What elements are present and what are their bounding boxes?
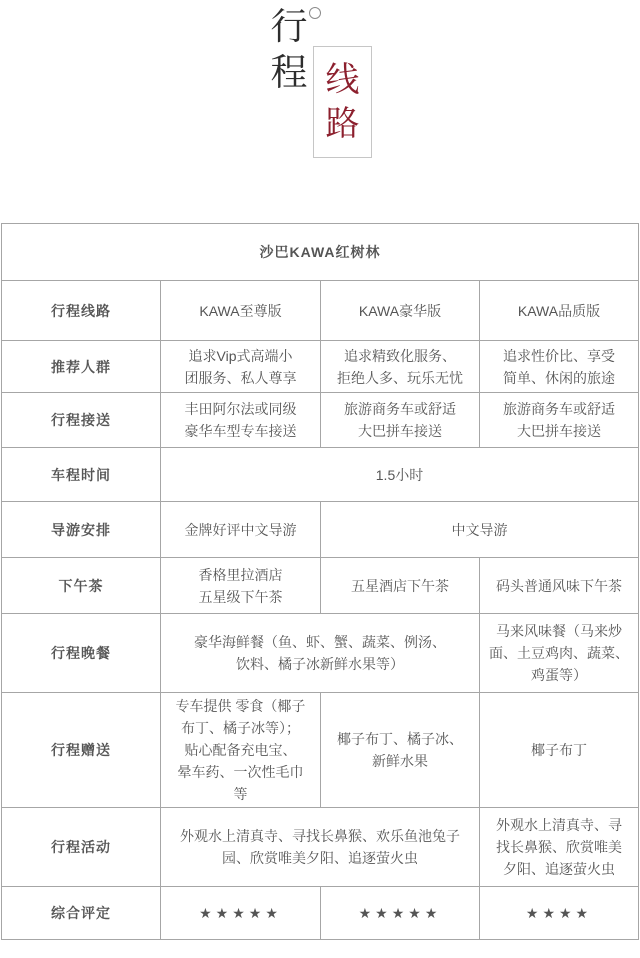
- page: 行 程 线 路 沙巴KAWA红树林 行程线路 KAWA至尊版 KAWA豪华版 K…: [0, 0, 640, 958]
- cell-gifts-deluxe: 椰子布丁、橘子冰、 新鲜水果: [321, 693, 480, 808]
- col-header-kawa-deluxe: KAWA豪华版: [321, 281, 480, 341]
- cell-tea-quality: 码头普通风味下午茶: [480, 558, 639, 614]
- row-label-drive-time: 车程时间: [2, 448, 161, 502]
- table-row: 行程赠送 专车提供 零食（椰子 布丁、橘子冰等）； 贴心配备充电宝、 晕车药、一…: [2, 693, 639, 808]
- logo-char-xing: 行: [268, 4, 310, 50]
- logo-char-lu: 路: [326, 105, 360, 144]
- cell-transfer-quality: 旅游商务车或舒适 大巴拼车接送: [480, 393, 639, 448]
- rating-stars-supreme: ★★★★★: [161, 887, 321, 940]
- logo-vertical-title: 行 程: [268, 4, 310, 96]
- row-label-gifts: 行程赠送: [2, 693, 161, 808]
- cell-transfer-deluxe: 旅游商务车或舒适 大巴拼车接送: [321, 393, 480, 448]
- cell-guide-deluxe-quality: 中文导游: [321, 502, 639, 558]
- table-row: 下午茶 香格里拉酒店 五星级下午茶 五星酒店下午茶 码头普通风味下午茶: [2, 558, 639, 614]
- table-title: 沙巴KAWA红树林: [2, 224, 639, 281]
- table-row: 综合评定 ★★★★★ ★★★★★ ★★★★: [2, 887, 639, 940]
- table-row: 沙巴KAWA红树林: [2, 224, 639, 281]
- row-label-afternoon-tea: 下午茶: [2, 558, 161, 614]
- table-row: 行程线路 KAWA至尊版 KAWA豪华版 KAWA品质版: [2, 281, 639, 341]
- cell-gifts-quality: 椰子布丁: [480, 693, 639, 808]
- cell-transfer-supreme: 丰田阿尔法或同级 豪华车型专车接送: [161, 393, 321, 448]
- row-label-itinerary-route: 行程线路: [2, 281, 161, 341]
- itinerary-comparison-table: 沙巴KAWA红树林 行程线路 KAWA至尊版 KAWA豪华版 KAWA品质版 推…: [1, 223, 639, 940]
- cell-activities-supreme-deluxe: 外观水上清真寺、寻找长鼻猴、欢乐鱼池兔子 园、欣赏唯美夕阳、追逐萤火虫: [161, 808, 480, 887]
- ring-icon: [309, 7, 321, 19]
- cell-tea-deluxe: 五星酒店下午茶: [321, 558, 480, 614]
- cell-activities-quality: 外观水上清真寺、寻 找长鼻猴、欣赏唯美 夕阳、追逐萤火虫: [480, 808, 639, 887]
- table-row: 行程活动 外观水上清真寺、寻找长鼻猴、欢乐鱼池兔子 园、欣赏唯美夕阳、追逐萤火虫…: [2, 808, 639, 887]
- table-row: 行程接送 丰田阿尔法或同级 豪华车型专车接送 旅游商务车或舒适 大巴拼车接送 旅…: [2, 393, 639, 448]
- cell-guide-supreme: 金牌好评中文导游: [161, 502, 321, 558]
- table-row: 推荐人群 追求Vip式高端小 团服务、私人尊享 追求精致化服务、 拒绝人多、玩乐…: [2, 341, 639, 393]
- cell-audience-deluxe: 追求精致化服务、 拒绝人多、玩乐无忧: [321, 341, 480, 393]
- logo: 行 程 线 路: [0, 0, 640, 170]
- logo-red-box: 线 路: [313, 46, 372, 158]
- table-row: 导游安排 金牌好评中文导游 中文导游: [2, 502, 639, 558]
- table-row: 车程时间 1.5小时: [2, 448, 639, 502]
- col-header-kawa-quality: KAWA品质版: [480, 281, 639, 341]
- cell-drive-time-all: 1.5小时: [161, 448, 639, 502]
- cell-gifts-supreme: 专车提供 零食（椰子 布丁、橘子冰等）； 贴心配备充电宝、 晕车药、一次性毛巾 …: [161, 693, 321, 808]
- logo-char-cheng: 程: [268, 50, 310, 96]
- table-row: 行程晚餐 豪华海鲜餐（鱼、虾、蟹、蔬菜、例汤、 饮料、橘子冰新鲜水果等） 马来风…: [2, 614, 639, 693]
- cell-audience-supreme: 追求Vip式高端小 团服务、私人尊享: [161, 341, 321, 393]
- row-label-activities: 行程活动: [2, 808, 161, 887]
- row-label-dinner: 行程晚餐: [2, 614, 161, 693]
- row-label-audience: 推荐人群: [2, 341, 161, 393]
- col-header-kawa-supreme: KAWA至尊版: [161, 281, 321, 341]
- cell-dinner-supreme-deluxe: 豪华海鲜餐（鱼、虾、蟹、蔬菜、例汤、 饮料、橘子冰新鲜水果等）: [161, 614, 480, 693]
- cell-tea-supreme: 香格里拉酒店 五星级下午茶: [161, 558, 321, 614]
- row-label-transfer: 行程接送: [2, 393, 161, 448]
- row-label-rating: 综合评定: [2, 887, 161, 940]
- cell-audience-quality: 追求性价比、享受 简单、休闲的旅途: [480, 341, 639, 393]
- rating-stars-quality: ★★★★: [480, 887, 639, 940]
- row-label-guide: 导游安排: [2, 502, 161, 558]
- cell-dinner-quality: 马来风味餐（马来炒 面、土豆鸡肉、蔬菜、 鸡蛋等）: [480, 614, 639, 693]
- logo-char-xian: 线: [326, 61, 360, 100]
- rating-stars-deluxe: ★★★★★: [321, 887, 480, 940]
